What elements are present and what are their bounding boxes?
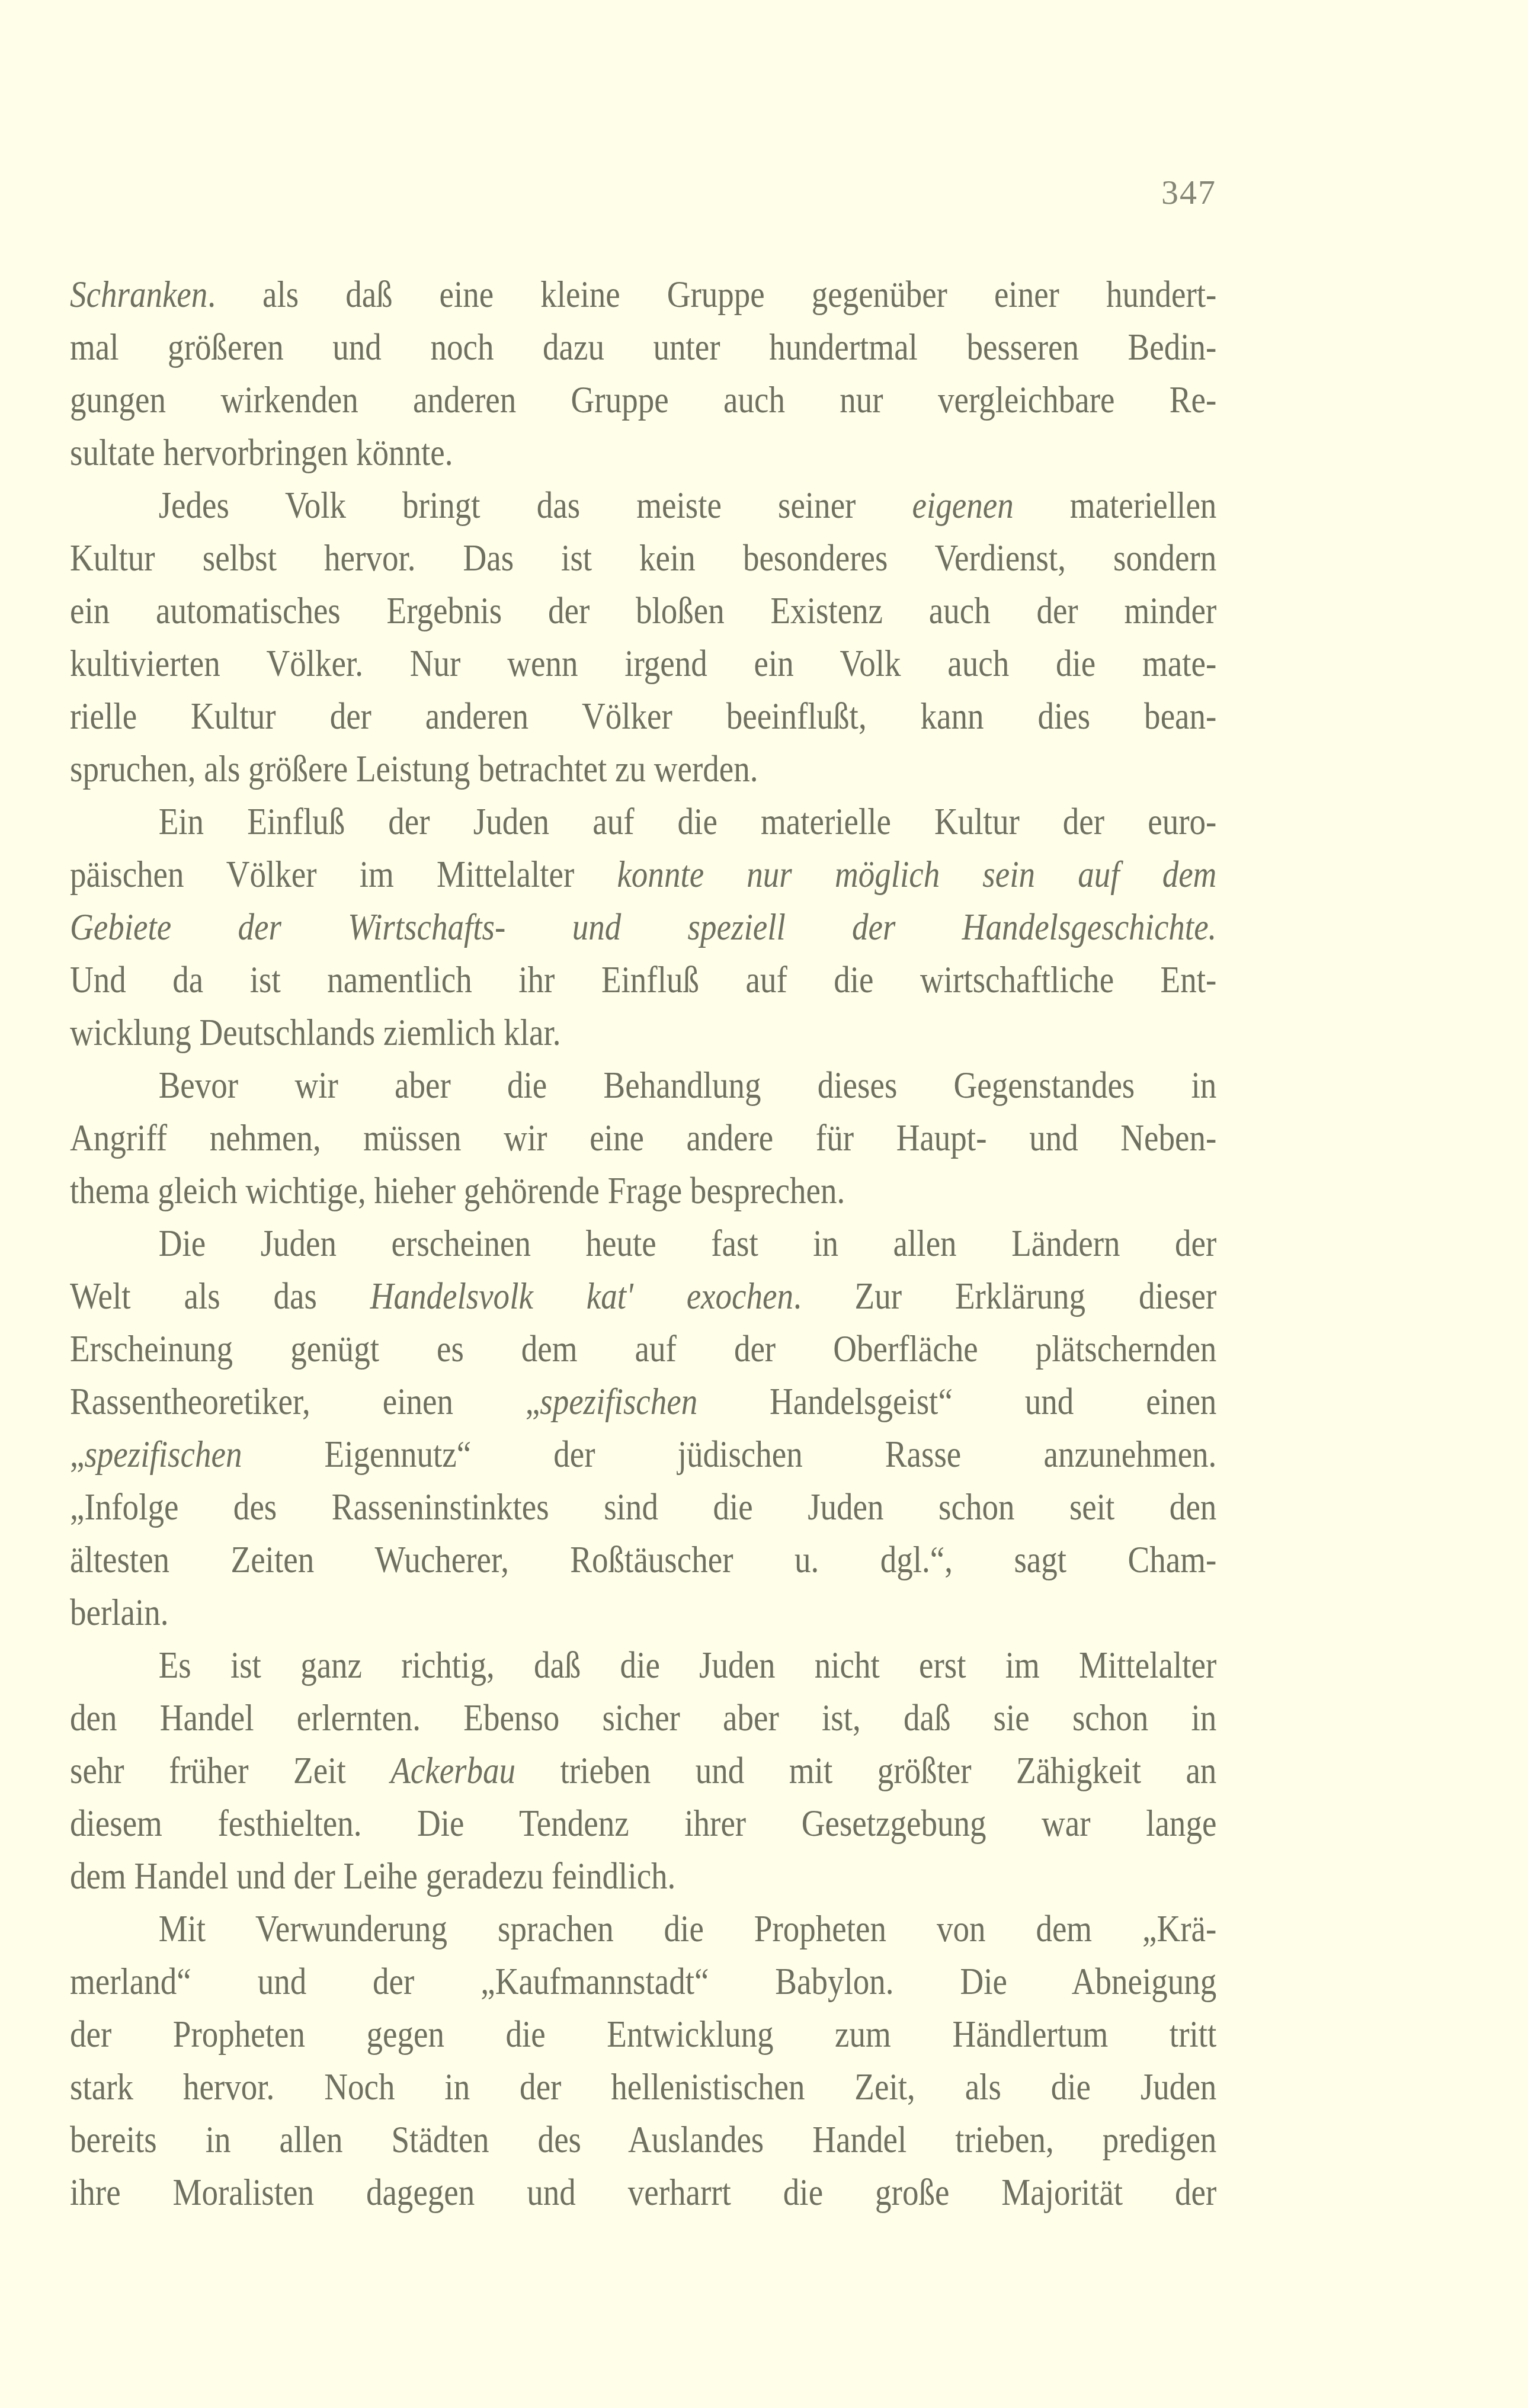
text-segment: merland“ und der „Kaufmannstadt“ Babylon… xyxy=(70,1960,1216,2002)
text-segment: Angriff nehmen, müssen wir eine andere f… xyxy=(70,1117,1216,1159)
text-segment: Rassentheoretiker, einen „ xyxy=(70,1380,540,1422)
text-segment: Kultur selbst hervor. Das ist kein beson… xyxy=(70,537,1216,579)
text-segment: ihre Moralisten dagegen und verharrt die… xyxy=(70,2171,1216,2213)
text-line: Ein Einfluß der Juden auf die materielle… xyxy=(70,795,1216,848)
text-segment: mal größeren und noch dazu unter hundert… xyxy=(70,326,1216,368)
text-line: Und da ist namentlich ihr Einfluß auf di… xyxy=(70,953,1216,1006)
text-segment: Welt als das xyxy=(70,1275,370,1317)
italic-text: eigenen xyxy=(912,484,1014,526)
text-line: Welt als das Handelsvolk kat' exochen. Z… xyxy=(70,1269,1216,1322)
text-segment: „ xyxy=(70,1433,84,1475)
text-segment: dem Handel und der Leihe geradezu feindl… xyxy=(70,1855,675,1897)
text-line: kultivierten Völker. Nur wenn irgend ein… xyxy=(70,637,1216,690)
text-line: „spezifischen Eigennutz“ der jüdischen R… xyxy=(70,1428,1216,1480)
text-segment: wicklung Deutschlands ziemlich klar. xyxy=(70,1011,560,1053)
text-line: dem Handel und der Leihe geradezu feindl… xyxy=(70,1849,1216,1902)
text-segment: kultivierten Völker. Nur wenn irgend ein… xyxy=(70,642,1216,684)
text-segment: diesem festhielten. Die Tendenz ihrer Ge… xyxy=(70,1802,1216,1844)
text-segment: Die Juden erscheinen heute fast in allen… xyxy=(159,1222,1217,1264)
text-segment: Eigennutz“ der jüdischen Rasse anzunehme… xyxy=(242,1433,1216,1475)
text-line: spruchen, als größere Leistung betrachte… xyxy=(70,742,1216,795)
text-segment: „Infolge des Rasseninstinktes sind die J… xyxy=(70,1486,1216,1528)
italic-text: Handelsvolk kat' exochen xyxy=(370,1275,793,1317)
text-line: sehr früher Zeit Ackerbau trieben und mi… xyxy=(70,1744,1216,1797)
text-segment: der Propheten gegen die Entwicklung zum … xyxy=(70,2013,1216,2055)
text-line: Schranken. als daß eine kleine Gruppe ge… xyxy=(70,268,1216,320)
text-line: „Infolge des Rasseninstinktes sind die J… xyxy=(70,1480,1216,1533)
text-line: Kultur selbst hervor. Das ist kein beson… xyxy=(70,531,1216,584)
text-line: stark hervor. Noch in der hellenistische… xyxy=(70,2060,1216,2113)
text-segment: . als daß eine kleine Gruppe gegenüber e… xyxy=(207,273,1216,315)
text-segment: Erscheinung genügt es dem auf der Oberfl… xyxy=(70,1328,1216,1370)
text-line: Bevor wir aber die Behandlung dieses Geg… xyxy=(70,1059,1216,1111)
text-segment: spruchen, als größere Leistung betrachte… xyxy=(70,748,758,790)
text-line: ältesten Zeiten Wucherer, Roßtäuscher u.… xyxy=(70,1533,1216,1586)
text-segment: rielle Kultur der anderen Völker beeinfl… xyxy=(70,695,1216,737)
text-segment: Bevor wir aber die Behandlung dieses Geg… xyxy=(159,1064,1217,1106)
text-segment: Jedes Volk bringt das meiste seiner xyxy=(159,484,912,526)
text-segment: Es ist ganz richtig, daß die Juden nicht… xyxy=(159,1644,1217,1686)
text-line: wicklung Deutschlands ziemlich klar. xyxy=(70,1006,1216,1059)
text-line: Es ist ganz richtig, daß die Juden nicht… xyxy=(70,1639,1216,1691)
text-line: Jedes Volk bringt das meiste seiner eige… xyxy=(70,479,1216,531)
italic-text: Schranken xyxy=(70,273,207,315)
text-line: Rassentheoretiker, einen „spezifischen H… xyxy=(70,1375,1216,1428)
text-segment: den Handel erlernten. Ebenso sicher aber… xyxy=(70,1697,1216,1739)
italic-text: spezifischen xyxy=(84,1433,242,1475)
text-segment: Handelsgeist“ und einen xyxy=(697,1380,1216,1422)
text-line: rielle Kultur der anderen Völker beeinfl… xyxy=(70,690,1216,742)
text-line: Mit Verwunderung sprachen die Propheten … xyxy=(70,1902,1216,1955)
text-line: merland“ und der „Kaufmannstadt“ Babylon… xyxy=(70,1955,1216,2008)
text-line: gungen wirkenden anderen Gruppe auch nur… xyxy=(70,373,1216,426)
text-line: Angriff nehmen, müssen wir eine andere f… xyxy=(70,1111,1216,1164)
text-line: der Propheten gegen die Entwicklung zum … xyxy=(70,2008,1216,2060)
italic-text: spezifischen xyxy=(540,1380,697,1422)
text-segment: sultate hervorbringen könnte. xyxy=(70,431,453,473)
text-line: päischen Völker im Mittelalter konnte nu… xyxy=(70,848,1216,900)
text-segment: . Zur Erklärung dieser xyxy=(793,1275,1216,1317)
text-segment: Ein Einfluß der Juden auf die materielle… xyxy=(159,800,1217,842)
text-segment: thema gleich wichtige, hieher gehörende … xyxy=(70,1169,845,1211)
text-line: Erscheinung genügt es dem auf der Oberfl… xyxy=(70,1322,1216,1375)
text-segment: Und da ist namentlich ihr Einfluß auf di… xyxy=(70,958,1216,1001)
text-segment: ein automatisches Ergebnis der bloßen Ex… xyxy=(70,589,1216,631)
text-segment: bereits in allen Städten des Auslandes H… xyxy=(70,2118,1216,2160)
text-line: berlain. xyxy=(70,1586,1216,1639)
text-line: ein automatisches Ergebnis der bloßen Ex… xyxy=(70,584,1216,637)
italic-text: Ackerbau xyxy=(390,1749,515,1791)
text-segment: berlain. xyxy=(70,1591,169,1633)
italic-text: konnte nur möglich sein auf dem xyxy=(617,853,1216,895)
text-line: diesem festhielten. Die Tendenz ihrer Ge… xyxy=(70,1797,1216,1849)
text-segment: gungen wirkenden anderen Gruppe auch nur… xyxy=(70,379,1216,421)
text-segment: sehr früher Zeit xyxy=(70,1749,390,1791)
text-segment: ältesten Zeiten Wucherer, Roßtäuscher u.… xyxy=(70,1538,1216,1580)
text-segment: trieben und mit größter Zähigkeit an xyxy=(515,1749,1216,1791)
text-line: Gebiete der Wirtschafts- und speziell de… xyxy=(70,900,1216,953)
body-text: Schranken. als daß eine kleine Gruppe ge… xyxy=(70,268,1216,2218)
text-line: ihre Moralisten dagegen und verharrt die… xyxy=(70,2166,1216,2218)
text-line: Die Juden erscheinen heute fast in allen… xyxy=(70,1217,1216,1269)
text-segment: Mit Verwunderung sprachen die Propheten … xyxy=(159,1907,1217,1950)
text-segment: materiellen xyxy=(1014,484,1217,526)
text-line: sultate hervorbringen könnte. xyxy=(70,426,1216,479)
text-line: den Handel erlernten. Ebenso sicher aber… xyxy=(70,1691,1216,1744)
italic-text: Gebiete der Wirtschafts- und speziell de… xyxy=(70,906,1216,948)
page-number: 347 xyxy=(1161,172,1216,213)
text-line: thema gleich wichtige, hieher gehörende … xyxy=(70,1164,1216,1217)
text-segment: päischen Völker im Mittelalter xyxy=(70,853,617,895)
text-line: bereits in allen Städten des Auslandes H… xyxy=(70,2113,1216,2166)
text-line: mal größeren und noch dazu unter hundert… xyxy=(70,320,1216,373)
text-segment: stark hervor. Noch in der hellenistische… xyxy=(70,2066,1216,2108)
